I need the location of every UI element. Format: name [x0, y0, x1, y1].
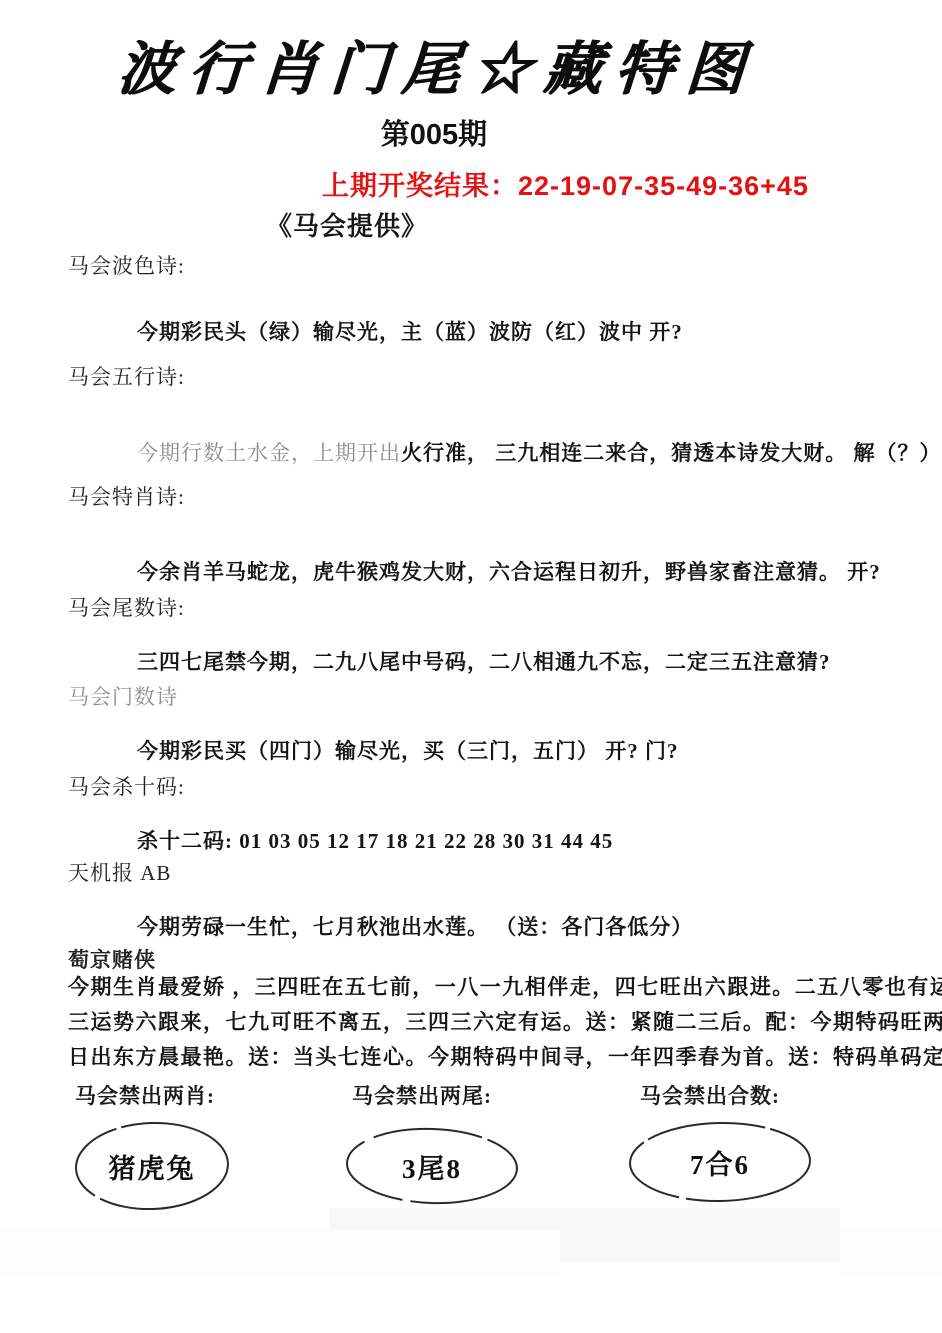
forbidden-tail-header: 马会禁出两尾: — [352, 1080, 492, 1110]
issue-number: 第005期 — [0, 112, 868, 153]
poem-texiao: 今余肖羊马蛇龙，虎牛猴鸡发大财，六合运程日初升，野兽家畜注意猜。 开? — [137, 556, 881, 586]
poem-menshu: 今期彩民买（四门）输尽光，买（三门，五门） 开? 门? — [137, 735, 679, 765]
section-label-bose: 马会波色诗: — [68, 250, 185, 280]
scan-artifact — [840, 1230, 942, 1276]
last-draw-numbers: 22-19-07-35-49-36+45 — [518, 171, 809, 201]
last-draw-result: 上期开奖结果：22-19-07-35-49-36+45 — [322, 164, 809, 203]
forbidden-zodiac-header: 马会禁出两肖: — [75, 1080, 215, 1110]
poem-wuxing-bold: 火行准， 三九相连二来合，猜透本诗发大财。 解（？） — [401, 441, 942, 465]
sheet-title: 波行肖门尾☆藏特图 — [115, 22, 821, 106]
section-label-shashima: 马会杀十码: — [68, 771, 185, 801]
section-label-tianjibao: 天机报 AB — [68, 857, 171, 887]
section-label-pujing: 萄京赌侠 — [68, 944, 156, 974]
poem-bose: 今期彩民头（绿）输尽光，主（蓝）波防（红）波中 开? — [137, 316, 683, 346]
section-label-wuxing: 马会五行诗: — [68, 361, 185, 391]
forbidden-sum-value: 7合6 — [690, 1143, 750, 1182]
provider-note: 《马会提供》 — [266, 206, 428, 243]
forbidden-sum-oval: 7合6 — [627, 1121, 813, 1203]
last-draw-label: 上期开奖结果： — [322, 171, 518, 201]
poem-wuxing: 今期行数土水金，上期开出火行准， 三九相连二来合，猜透本诗发大财。 解（？） — [137, 437, 942, 467]
pujing-line-2: 三运势六跟来，七九可旺不离五，三四三六定有运。送：紧随二三后。配：今期特码旺两边… — [68, 1006, 913, 1036]
poem-weishu: 三四七尾禁今期，二九八尾中号码，二八相通九不忘，二定三五注意猜? — [137, 646, 831, 676]
forbidden-zodiac-oval: 猪虎兔 — [73, 1121, 231, 1211]
forbidden-tail-value: 3尾8 — [402, 1147, 462, 1186]
forbidden-sum-header: 马会禁出合数: — [640, 1080, 780, 1110]
scan-artifact — [0, 1230, 560, 1276]
kill-numbers-line: 杀十二码: 01 03 05 12 17 18 21 22 28 30 31 4… — [137, 825, 613, 855]
tip-sheet-page: 波行肖门尾☆藏特图 第005期 上期开奖结果：22-19-07-35-49-36… — [0, 0, 942, 1333]
section-label-weishu: 马会尾数诗: — [68, 592, 185, 622]
pujing-line-1: 今期生肖最爱娇 ，三四旺在五七前，一八一九相伴走，四七旺出六跟进。二五八零也有运… — [68, 971, 913, 1001]
section-label-menshu: 马会门数诗 — [68, 681, 178, 711]
forbidden-zodiac-value: 猪虎兔 — [109, 1147, 196, 1186]
pujing-line-3: 日出东方晨最艳。送：当头七连心。今期特码中间寻，一年四季春为首。送：特码单码定在… — [68, 1041, 913, 1071]
poem-wuxing-faded: 今期行数土水金，上期开出 — [137, 441, 401, 465]
section-label-texiao: 马会特肖诗: — [68, 481, 185, 511]
poem-tianjibao: 今期劳碌一生忙，七月秋池出水莲。 （送：各门各低分） — [137, 911, 693, 941]
forbidden-tail-oval: 3尾8 — [344, 1127, 520, 1205]
